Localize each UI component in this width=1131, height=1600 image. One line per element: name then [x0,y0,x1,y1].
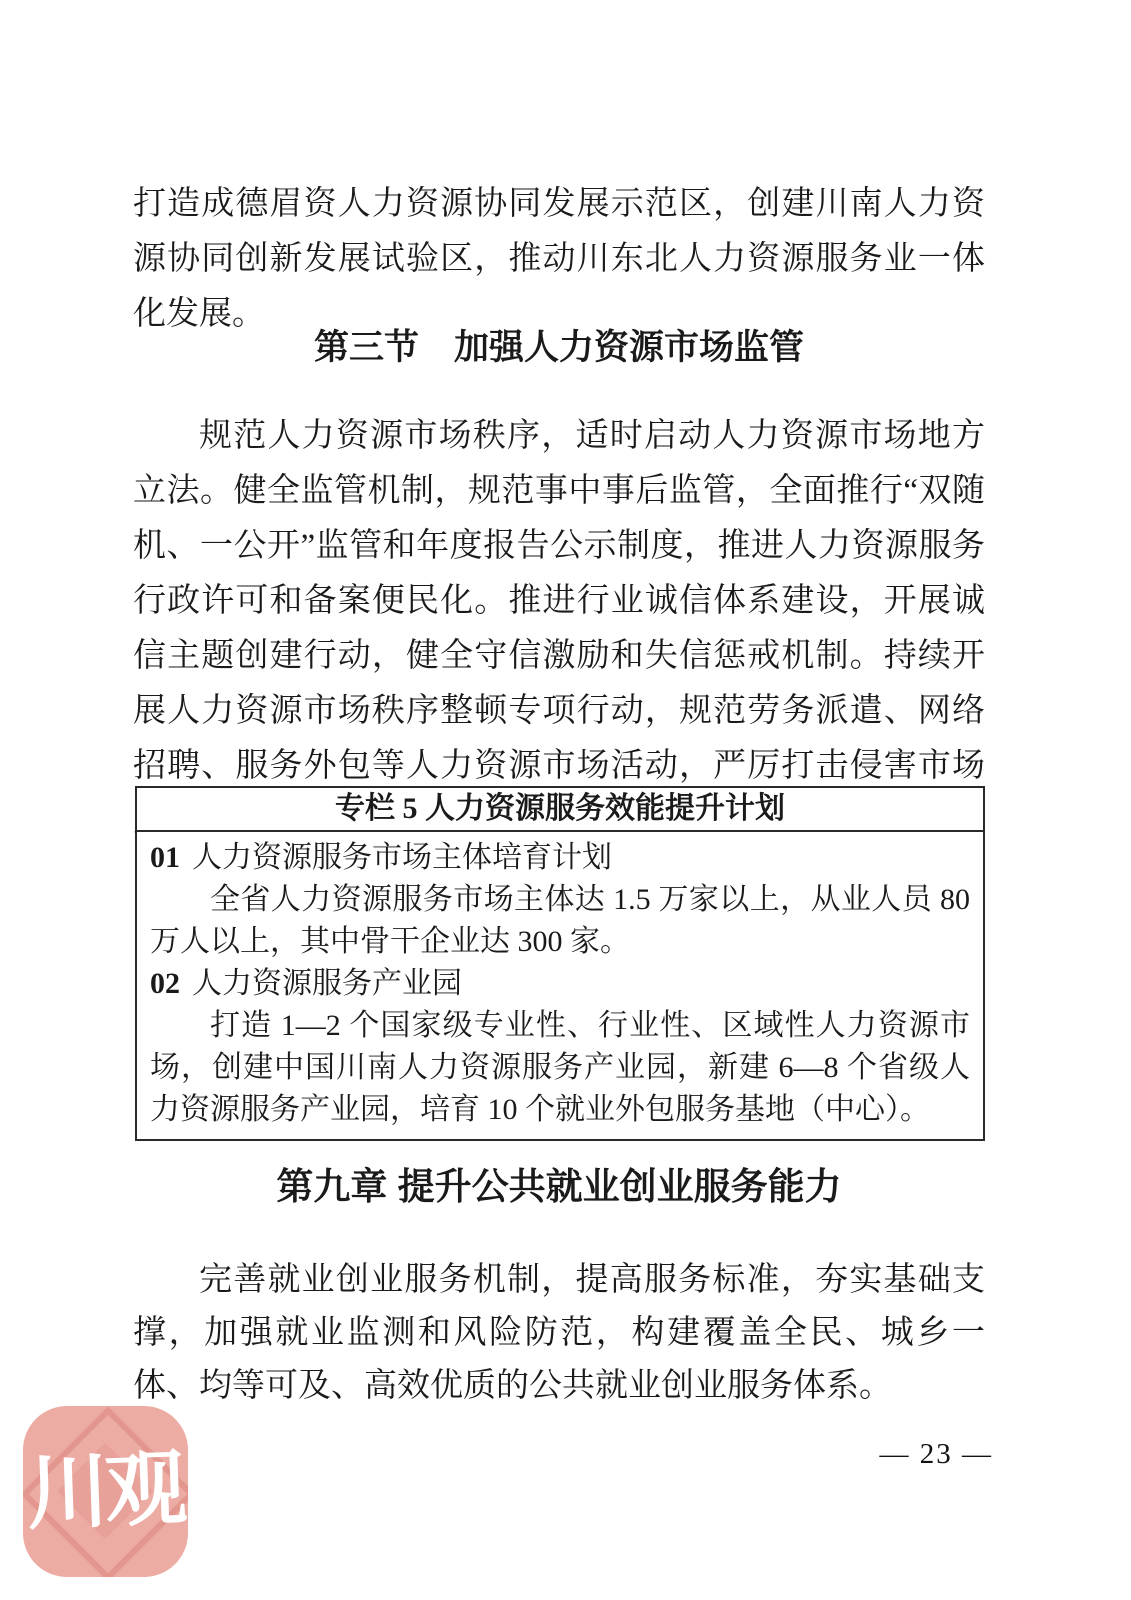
section-heading: 第三节 加强人力资源市场监管 [133,326,985,370]
box-item-1-number: 01 [150,841,180,874]
chuanguan-logo: 川观 [23,1406,188,1577]
page-number: — 23 — [880,1438,994,1471]
box-item-2-heading: 02人力资源服务产业园 [150,963,970,1005]
paragraph-employment-services: 完善就业创业服务机制，提高服务标准，夯实基础支撑，加强就业监测和风险防范，构建覆… [133,1254,985,1413]
box-item-2-title: 人力资源服务产业园 [192,967,462,1000]
special-column-title: 专栏 5 人力资源服务效能提升计划 [137,788,983,832]
chuanguan-logo-text: 川观 [26,1448,185,1535]
box-item-2-number: 02 [150,967,180,1000]
paragraph-region-development: 打造成德眉资人力资源协同发展示范区，创建川南人力资源协同创新发展试验区，推动川东… [133,177,985,342]
box-item-1-heading: 01人力资源服务市场主体培育计划 [150,837,970,879]
box-item-2-body: 打造 1—2 个国家级专业性、行业性、区域性人力资源市场，创建中国川南人力资源服… [150,1005,970,1131]
box-item-1-title: 人力资源服务市场主体培育计划 [192,841,612,874]
box-item-1-body: 全省人力资源服务市场主体达 1.5 万家以上，从业人员 80 万人以上，其中骨干… [150,879,970,963]
chapter-heading: 第九章 提升公共就业创业服务能力 [133,1164,985,1210]
paragraph-market-regulation: 规范人力资源市场秩序，适时启动人力资源市场地方立法。健全监管机制，规范事中事后监… [133,409,985,849]
document-page: 打造成德眉资人力资源协同发展示范区，创建川南人力资源协同创新发展试验区，推动川东… [0,0,1131,1600]
special-column-body: 01人力资源服务市场主体培育计划 全省人力资源服务市场主体达 1.5 万家以上，… [137,832,983,1139]
special-column-box: 专栏 5 人力资源服务效能提升计划 01人力资源服务市场主体培育计划 全省人力资… [135,786,985,1141]
